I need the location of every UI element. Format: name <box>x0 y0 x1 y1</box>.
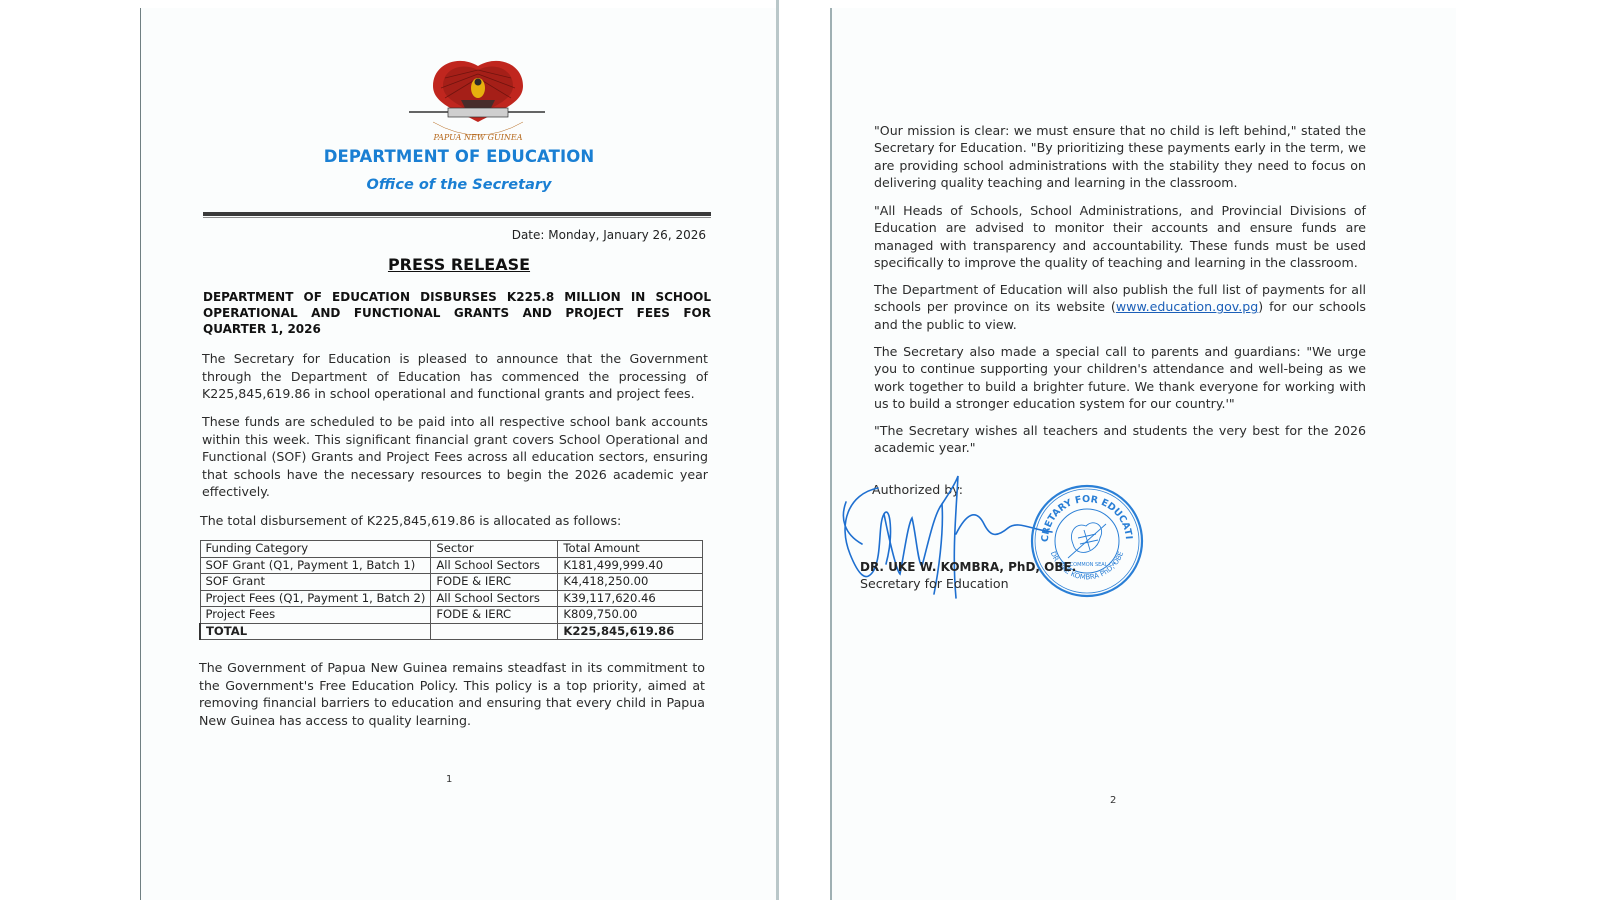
closing-paragraph: "The Secretary wishes all teachers and s… <box>874 422 1366 457</box>
table-cell <box>431 623 558 640</box>
table-cell: K4,418,250.00 <box>558 574 703 591</box>
table-cell: All School Sectors <box>431 557 558 574</box>
table-cell: K181,499,999.40 <box>558 557 703 574</box>
website-link[interactable]: www.education.gov.pg <box>1116 299 1258 314</box>
table-cell: All School Sectors <box>431 590 558 607</box>
crest-label: PAPUA NEW GUINEA <box>433 133 523 142</box>
document-page-1: PAPUA NEW GUINEA DEPARTMENT OF EDUCATION… <box>140 8 776 900</box>
body-paragraph: The Government of Papua New Guinea remai… <box>199 659 705 729</box>
body-paragraph: The Secretary also made a special call t… <box>874 343 1366 413</box>
quote-paragraph: "Our mission is clear: we must ensure th… <box>874 122 1366 192</box>
table-cell: FODE & IERC <box>431 574 558 591</box>
table-cell: Project Fees <box>200 607 431 624</box>
table-cell: Project Fees (Q1, Payment 1, Batch 2) <box>200 590 431 607</box>
column-header: Sector <box>431 541 558 558</box>
release-date: Date: Monday, January 26, 2026 <box>512 228 706 242</box>
table-cell: FODE & IERC <box>431 607 558 624</box>
office-subtitle: Office of the Secretary <box>141 177 777 193</box>
table-cell: SOF Grant <box>200 574 431 591</box>
background-left <box>0 0 140 900</box>
table-row: SOF Grant (Q1, Payment 1, Batch 1) All S… <box>200 557 703 574</box>
table-total-row: TOTAL K225,845,619.86 <box>200 623 703 640</box>
table-row: Project Fees FODE & IERC K809,750.00 <box>200 607 703 624</box>
table-cell: SOF Grant (Q1, Payment 1, Batch 1) <box>200 557 431 574</box>
table-header-row: Funding Category Sector Total Amount <box>200 541 703 558</box>
publish-paragraph: The Department of Education will also pu… <box>874 281 1366 333</box>
signer-title: Secretary for Education <box>860 576 1009 591</box>
quote-paragraph: "All Heads of Schools, School Administra… <box>874 202 1366 272</box>
header-divider-thin <box>203 217 711 218</box>
page-gutter <box>776 0 830 900</box>
table-cell: K809,750.00 <box>558 607 703 624</box>
total-amount: K225,845,619.86 <box>558 623 703 640</box>
department-title: DEPARTMENT OF EDUCATION <box>141 147 777 166</box>
document-type-heading: PRESS RELEASE <box>141 255 777 274</box>
page-number: 1 <box>446 774 452 785</box>
header-divider <box>203 212 711 216</box>
allocation-table: Funding Category Sector Total Amount SOF… <box>199 540 703 640</box>
press-headline: DEPARTMENT OF EDUCATION DISBURSES K225.8… <box>203 289 711 337</box>
signer-name: DR. UKE W. KOMBRA, PhD, OBE. <box>860 560 1076 574</box>
total-label: TOTAL <box>200 623 431 640</box>
table-intro: The total disbursement of K225,845,619.8… <box>200 512 706 530</box>
column-header: Funding Category <box>200 541 431 558</box>
png-crest-icon: PAPUA NEW GUINEA <box>403 56 553 148</box>
page-number: 2 <box>1110 795 1116 806</box>
table-row: Project Fees (Q1, Payment 1, Batch 2) Al… <box>200 590 703 607</box>
document-page-2: "Our mission is clear: we must ensure th… <box>830 8 1456 900</box>
column-header: Total Amount <box>558 541 703 558</box>
table-cell: K39,117,620.46 <box>558 590 703 607</box>
official-seal-icon: SECRETARY FOR EDUCATION DR. UKE KOMBRA P… <box>1028 482 1146 600</box>
table-row: SOF Grant FODE & IERC K4,418,250.00 <box>200 574 703 591</box>
body-paragraph: The Secretary for Education is pleased t… <box>202 350 708 403</box>
body-paragraph: These funds are scheduled to be paid int… <box>202 413 708 501</box>
page-edge <box>776 0 779 900</box>
